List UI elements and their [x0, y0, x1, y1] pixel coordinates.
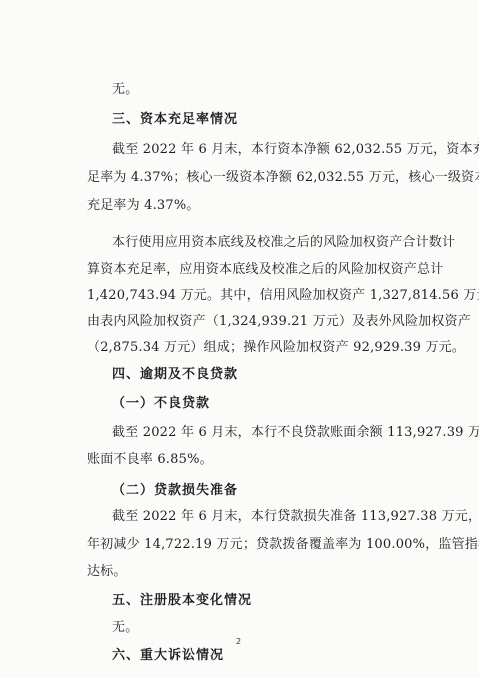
heading-registered-capital: 五、注册股本变化情况: [112, 593, 438, 609]
paragraph-line: 截至 2022 年 6 月末，本行不良贷款账面余额 113,927.39 万元；: [112, 425, 413, 441]
paragraph-line: 年初减少 14,722.19 万元；贷款拨备覆盖率为 100.00%，监管指标: [87, 537, 413, 553]
paragraph-line: 达标。: [87, 564, 413, 580]
paragraph-line: 截至 2022 年 6 月末，本行资本净额 62,032.55 万元，资本充: [112, 142, 413, 158]
subheading-npl: （一）不良贷款: [112, 396, 438, 412]
paragraph-line: （2,875.34 万元）组成；操作风险加权资产 92,929.39 万元。: [87, 340, 413, 356]
paragraph-line: 由表内风险加权资产（1,324,939.21 万元）及表外风险加权资产: [87, 314, 413, 330]
paragraph-none-1: 无。: [112, 82, 413, 98]
heading-litigation: 六、重大诉讼情况: [112, 648, 438, 664]
paragraph-line: 截至 2022 年 6 月末，本行贷款损失准备 113,927.38 万元，较: [112, 509, 413, 525]
heading-overdue-npl: 四、逾期及不良贷款: [112, 367, 438, 383]
paragraph-line: 1,420,743.94 万元。其中，信用风险加权资产 1,327,814.56…: [87, 288, 413, 304]
heading-capital-adequacy: 三、资本充足率情况: [112, 112, 438, 128]
subheading-loan-loss-provision: （二）贷款损失准备: [112, 483, 438, 499]
paragraph-line: 算资本充足率，应用资本底线及校准之后的风险加权资产总计: [87, 262, 413, 278]
paragraph-none-2: 无。: [112, 620, 413, 636]
paragraph-line: 足率为 4.37%；核心一级资本净额 62,032.55 万元，核心一级资本: [87, 170, 413, 186]
paragraph-line: 充足率为 4.37%。: [87, 198, 413, 214]
paragraph-line: 本行使用应用资本底线及校准之后的风险加权资产合计数计: [112, 235, 413, 251]
document-page: 无。 三、资本充足率情况 截至 2022 年 6 月末，本行资本净额 62,03…: [0, 0, 479, 678]
page-number: 2: [236, 637, 241, 646]
paragraph-line: 账面不良率 6.85%。: [87, 452, 413, 468]
